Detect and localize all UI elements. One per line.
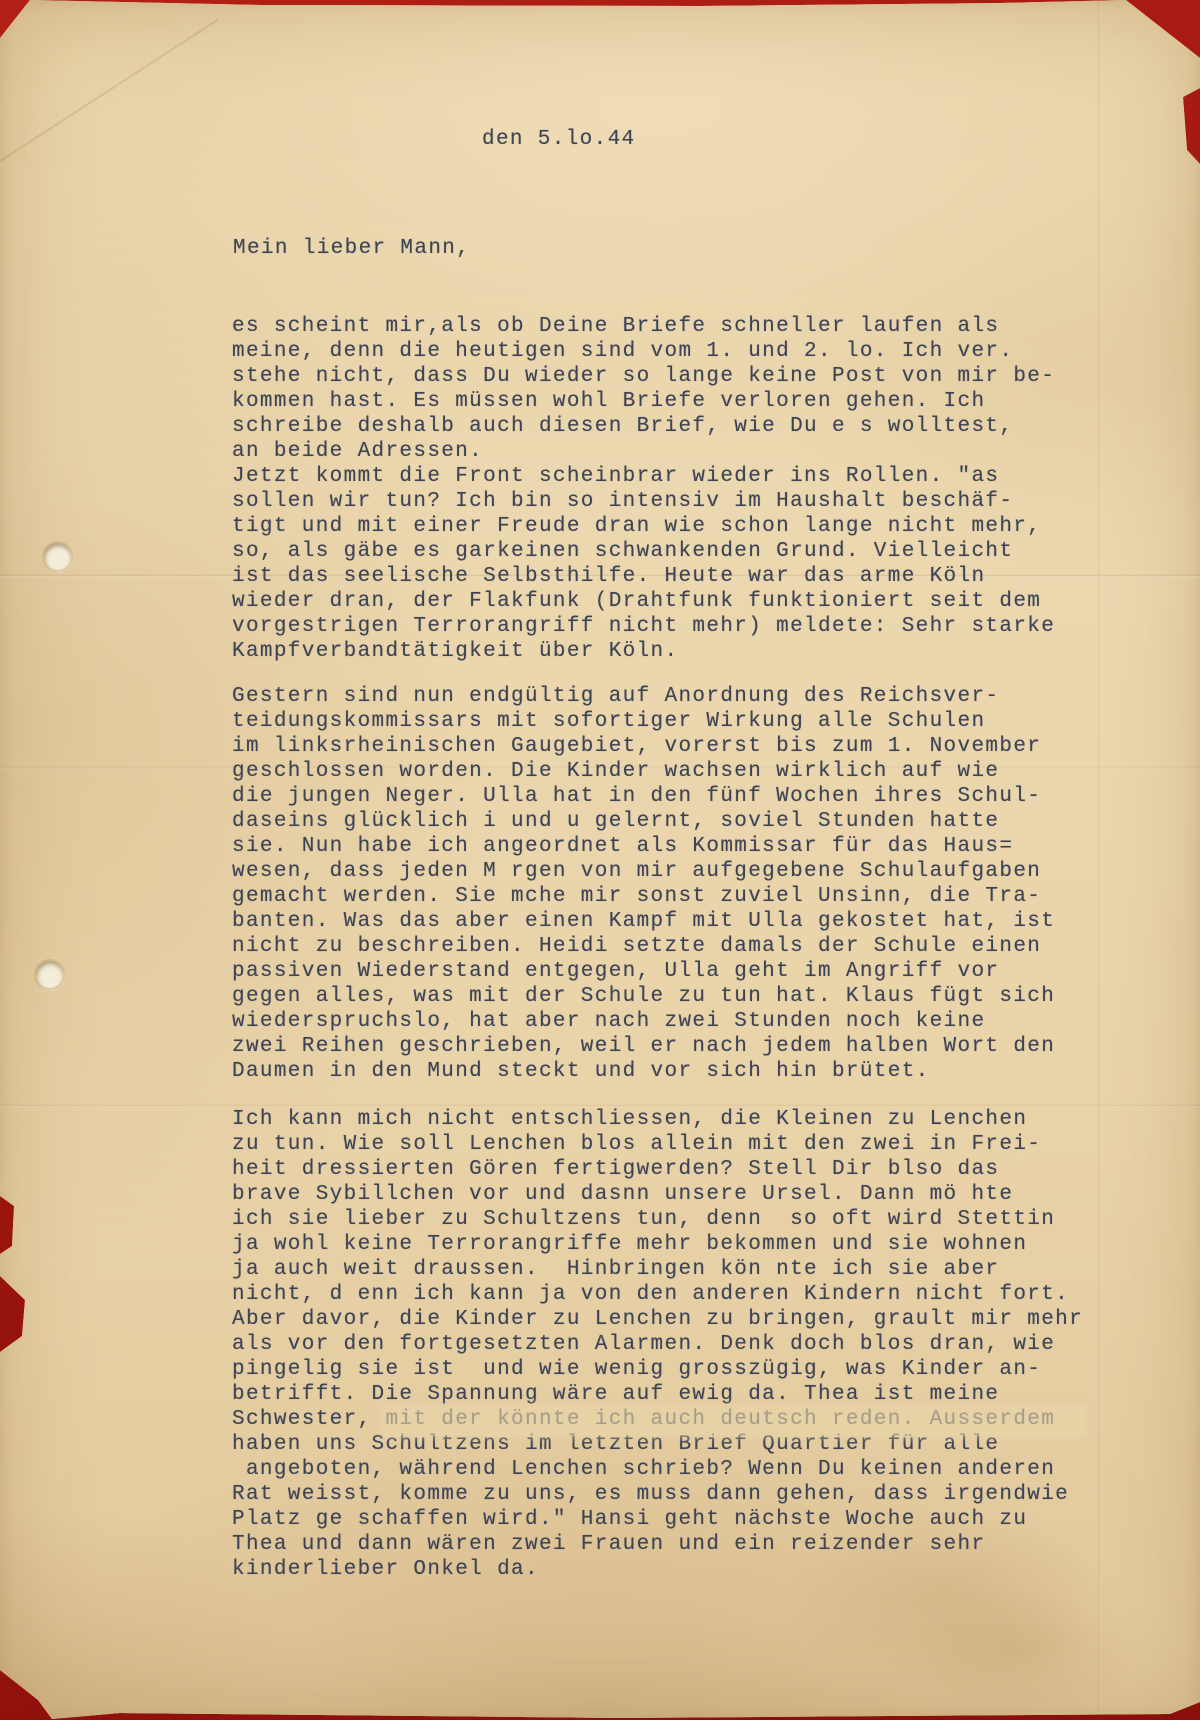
punch-hole-top	[44, 543, 71, 570]
faded-ink-region	[383, 1407, 1085, 1436]
punch-hole-bottom	[36, 961, 63, 988]
corner-crease	[0, 19, 219, 168]
paragraph-1: es scheint mir,als ob Deine Briefe schne…	[232, 314, 1055, 664]
letter-page: den 5.lo.44 Mein lieber Mann, es scheint…	[0, 0, 1200, 1720]
scanned-letter-photo: den 5.lo.44 Mein lieber Mann, es scheint…	[0, 0, 1200, 1720]
paragraph-3: Ich kann mich nicht entschliessen, die K…	[232, 1107, 1083, 1582]
vertical-crease	[1098, 0, 1101, 1720]
date-line: den 5.lo.44	[482, 127, 635, 152]
paragraph-2: Gestern sind nun endgültig auf Anordnung…	[232, 684, 1055, 1084]
salutation: Mein lieber Mann,	[233, 236, 470, 261]
